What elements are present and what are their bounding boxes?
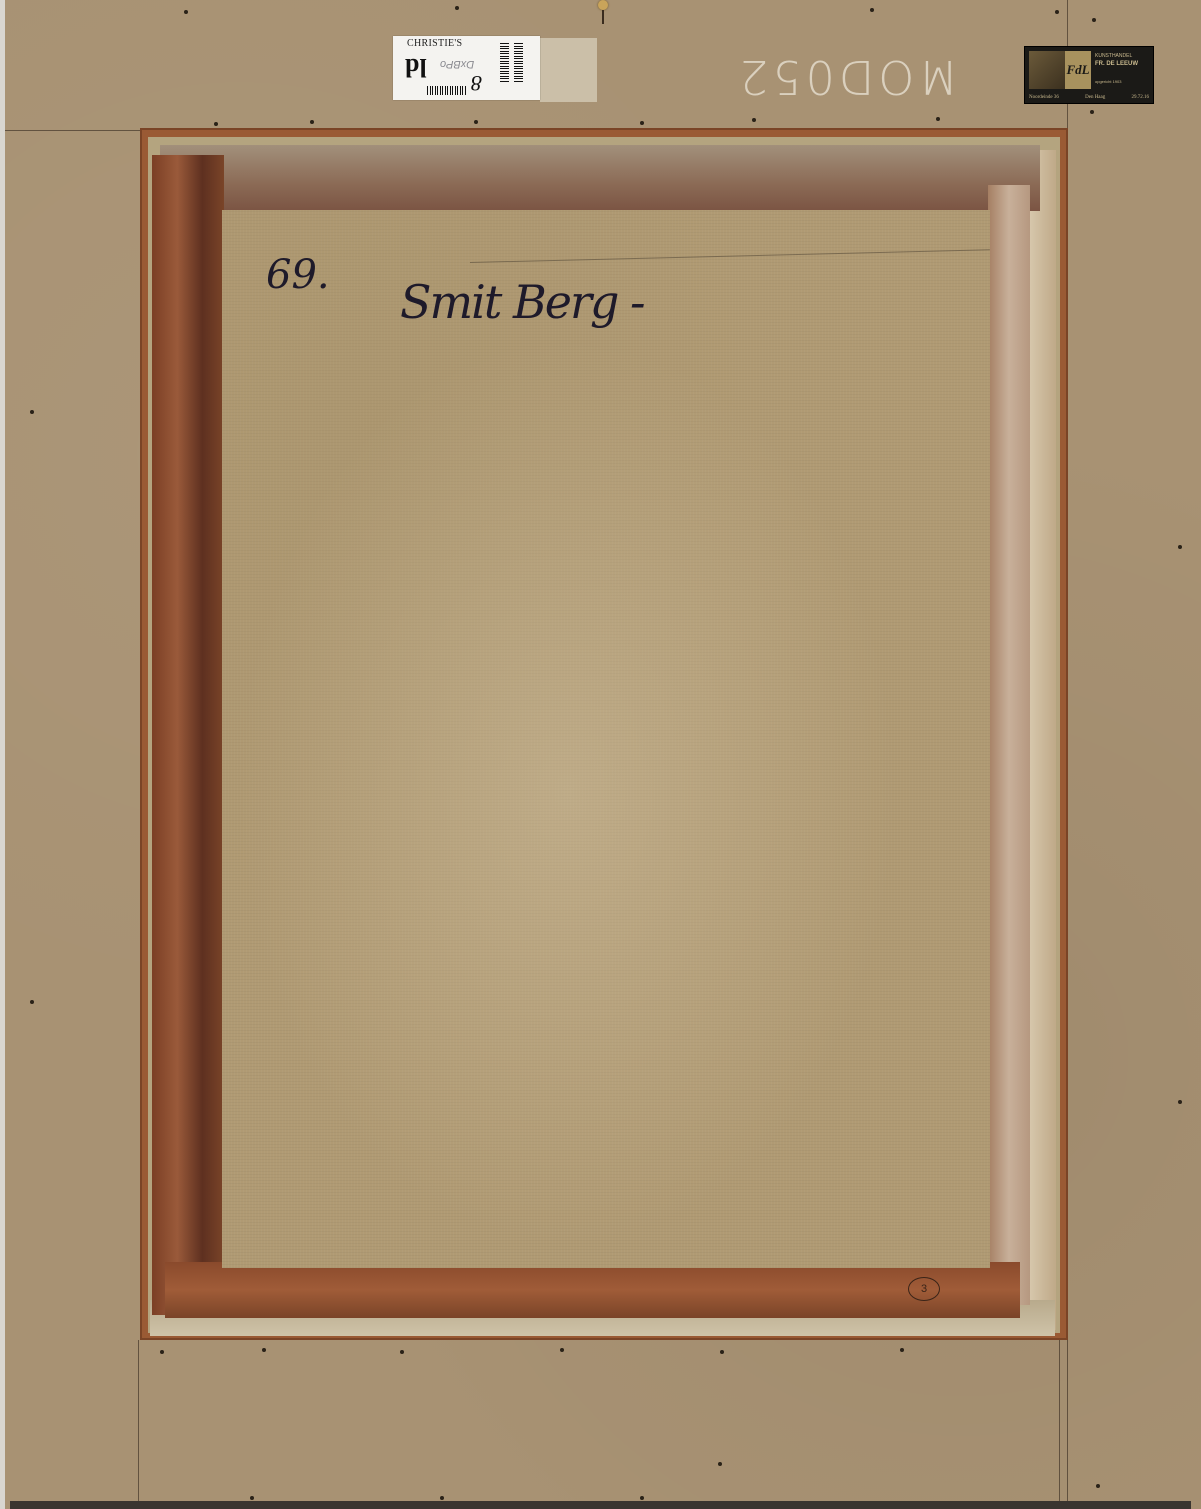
seam-top-horizontal (5, 130, 140, 131)
handwritten-mark: ld (405, 52, 427, 82)
nail-dot (440, 1496, 444, 1500)
dealer-subline: opgericht 1903 (1095, 79, 1121, 84)
nail-dot (1090, 110, 1094, 114)
nail-dot (474, 120, 478, 124)
inventory-number: 69. (266, 252, 330, 298)
auction-house-name: CHRISTIE'S (407, 38, 462, 49)
nail-dot (640, 1496, 644, 1500)
dealer-label: FdL KUNSTHANDEL FR. DE LEEUW opgericht 1… (1024, 46, 1154, 104)
nail-dot (720, 1350, 724, 1354)
stretcher-bar-bottom (165, 1262, 1020, 1318)
dealer-address: Noordeinde 36 (1029, 95, 1059, 100)
nail-dot (1178, 1100, 1182, 1104)
nail-dot (560, 1348, 564, 1352)
canvas-edge-right (1028, 150, 1056, 1330)
bottom-edge (10, 1501, 1191, 1509)
nail-dot (400, 1350, 404, 1354)
nail-dot (870, 8, 874, 12)
lion-logo-icon (1029, 51, 1067, 89)
nail-dot (1096, 1484, 1100, 1488)
nail-dot (262, 1348, 266, 1352)
nail-dot (214, 122, 218, 126)
seam-right-lower (1059, 1340, 1060, 1509)
nail-dot (936, 117, 940, 121)
canvas-reverse (222, 210, 990, 1268)
nail-dot (250, 1496, 254, 1500)
stretcher-bar-left (152, 155, 224, 1315)
dealer-name: FR. DE LEEUW (1095, 61, 1138, 67)
nail-dot (30, 1000, 34, 1004)
dealer-monogram: FdL (1065, 51, 1091, 89)
nail-dot (1092, 18, 1096, 22)
lot-code: DxBPo (440, 58, 474, 70)
chalk-inscription: MOD052 (735, 50, 958, 104)
dealer-city: Den Haag (1085, 95, 1105, 100)
nail-dot (1178, 545, 1182, 549)
nail-dot (640, 121, 644, 125)
nail-dot (310, 120, 314, 124)
artist-signature: Smit Berg - (400, 275, 644, 329)
auction-label: CHRISTIE'S ld DxBPo 8 (393, 36, 540, 100)
nail-dot (900, 1348, 904, 1352)
dealer-type: KUNSTHANDEL (1095, 53, 1132, 59)
label-tape (540, 38, 597, 102)
dealer-address-row: Noordeinde 36 Den Haag 29.72.16 (1029, 95, 1149, 100)
barcode-icon (500, 42, 509, 82)
barcode-icon (427, 86, 467, 95)
seam-left-vertical (138, 1340, 139, 1509)
left-edge (0, 0, 5, 1509)
dealer-phone: 29.72.16 (1132, 95, 1150, 100)
nail-dot (1055, 10, 1059, 14)
nail-dot (184, 10, 188, 14)
stretcher-number-mark: 3 (908, 1277, 940, 1301)
nail-dot (752, 118, 756, 122)
lot-number: 8 (471, 70, 482, 96)
stretcher-bar-top (160, 145, 1040, 211)
nail-dot (455, 6, 459, 10)
hanger-hook (592, 0, 616, 26)
nail-dot (160, 1350, 164, 1354)
nail-dot (30, 410, 34, 414)
stretcher-bar-right (988, 185, 1030, 1305)
barcode-icon (514, 42, 523, 82)
nail-dot (718, 1462, 722, 1466)
